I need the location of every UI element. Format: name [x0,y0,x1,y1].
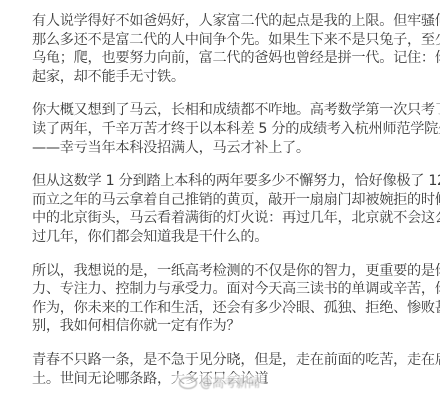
text-line: 那么多还不是富二代的人中间争个先。如果生下来不是只兔子，至少别做缩头 [32,31,412,50]
text-line: 起家，却不能手无寸铁。 [32,68,412,87]
text-line: 但从这数学 1 分到踏上本科的两年要多少不懈努力，恰好像极了 12 年之后， [32,172,412,191]
text-line: 你大概又想到了马云，长相和成绩都不咋地。高考数学第一次只考了 1 分。复 [32,101,412,120]
text-line: 作为，你未来的工作和生活，还会有多少冷眼、孤独、拒绝、惨败甚至生离死 [32,299,412,318]
text-line: 力、专注力、控制力与承受力。面对今天高三读书的单调或辛苦，你选择了不 [32,280,412,299]
weibo-icon [179,377,197,389]
text-line: 中的北京街头，马云看着满街的灯火说：再过几年，北京就不会这么对我；再 [32,209,412,228]
text-line: 乌龟；爬，也要努力向前，富二代的爸妈也曾经是拼一代。记住：你可以白手 [32,49,412,68]
text-line: 过几年，你们都会知道我是干什么的。 [32,228,412,247]
text-line: 青春不只路一条，是不急于见分晓，但是，走在前面的吃苦，走在后面的吃 [32,351,412,370]
text-line: 读了两年，千辛万苦才终于以本科差 5 分的成绩考入杭州师范学院外语系。 [32,120,412,139]
paragraph-4: 所以，我想说的是，一纸高考检测的不仅是你的智力，更重要的是你的判断 力、专注力、… [32,262,412,336]
paragraph-2: 你大概又想到了马云，长相和成绩都不咋地。高考数学第一次只考了 1 分。复 读了两… [32,101,412,157]
watermark-text: @高考新闻 [200,374,260,391]
article-body: 有人说学得好不如爸妈好，人家富二代的起点是我的上限。但牢骚何用，请在 那么多还不… [32,12,412,400]
text-line: 所以，我想说的是，一纸高考检测的不仅是你的智力，更重要的是你的判断 [32,262,412,281]
paragraph-3: 但从这数学 1 分到踏上本科的两年要多少不懈努力，恰好像极了 12 年之后， 而… [32,172,412,246]
paragraph-1: 有人说学得好不如爸妈好，人家富二代的起点是我的上限。但牢骚何用，请在 那么多还不… [32,12,412,86]
watermark: @高考新闻 [175,374,264,391]
text-line: ——幸亏当年本科没招满人，马云才补上了。 [32,139,412,158]
text-line: 有人说学得好不如爸妈好，人家富二代的起点是我的上限。但牢骚何用，请在 [32,12,412,31]
text-line: 而立之年的马云拿着自己推销的黄页，敲开一扇扇门却被婉拒的时候；在夜色 [32,191,412,210]
text-line: 别，我如何相信你就一定有作为？ [32,317,412,336]
